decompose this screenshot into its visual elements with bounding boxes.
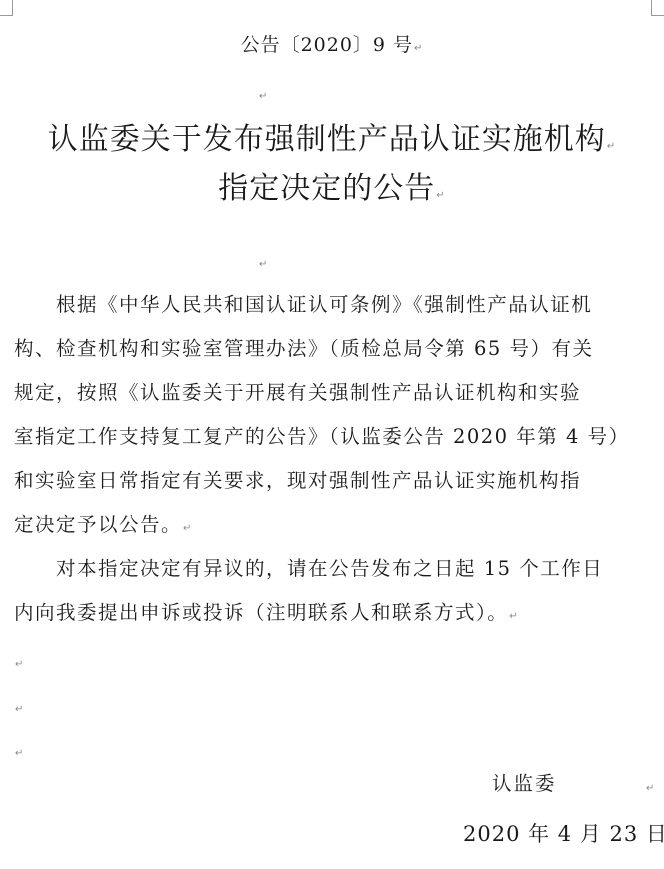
text-line: 对本指定决定有异议的，请在公告发布之日起 15 个工作日: [14, 553, 650, 581]
text-line: 定决定予以公告。↵: [14, 509, 650, 537]
text-line: 内向我委提出申诉或投诉（注明联系人和联系方式）。↵: [14, 597, 650, 625]
document-date: 2020 年 4 月 23 日: [463, 818, 664, 848]
empty-paragraph: ↵: [258, 252, 267, 271]
empty-paragraph: ↵: [14, 652, 23, 671]
paragraph-mark-icon: ↵: [607, 141, 616, 152]
paragraph-mark-icon: ↵: [183, 523, 193, 534]
text-line: 室指定工作支持复工复产的公告》（认监委公告 2020 年第 4 号）: [14, 421, 650, 449]
paragraph-mark-icon: ↵: [15, 704, 23, 715]
document-number: 公告〔2020〕9 号↵: [0, 30, 664, 57]
text-line: 和实验室日常指定有关要求，现对强制性产品认证实施机构指: [14, 465, 650, 493]
paragraph-mark-icon: ↵: [436, 190, 445, 201]
paragraph-mark-icon: ↵: [259, 91, 267, 102]
signature-paragraph-end: ↵: [645, 776, 654, 795]
page-corner-mark-top-left: [0, 0, 13, 16]
paragraph-mark-icon: ↵: [509, 611, 519, 622]
page-corner-mark-top-right: [651, 0, 664, 16]
empty-paragraph: ↵: [14, 697, 23, 716]
paragraph-mark-icon: ↵: [15, 748, 23, 759]
paragraph-mark-icon: ↵: [646, 783, 654, 794]
empty-paragraph: ↵: [14, 741, 23, 760]
signature: 认监委: [492, 768, 557, 796]
document-title-line-1: 认监委关于发布强制性产品认证实施机构↵: [0, 114, 664, 158]
document-title-line-2: 指定决定的公告↵: [0, 163, 664, 207]
paragraph-mark-icon: ↵: [259, 259, 267, 270]
empty-paragraph: ↵: [258, 84, 267, 103]
text-line: 根据《中华人民共和国认证认可条例》《强制性产品认证机: [14, 289, 650, 317]
paragraph-mark-icon: ↵: [414, 43, 423, 54]
text-line: 规定，按照《认监委关于开展有关强制性产品认证机构和实验: [14, 377, 650, 405]
paragraph-mark-icon: ↵: [15, 659, 23, 670]
text-line: 构、检查机构和实验室管理办法》（质检总局令第 65 号）有关: [14, 333, 650, 361]
